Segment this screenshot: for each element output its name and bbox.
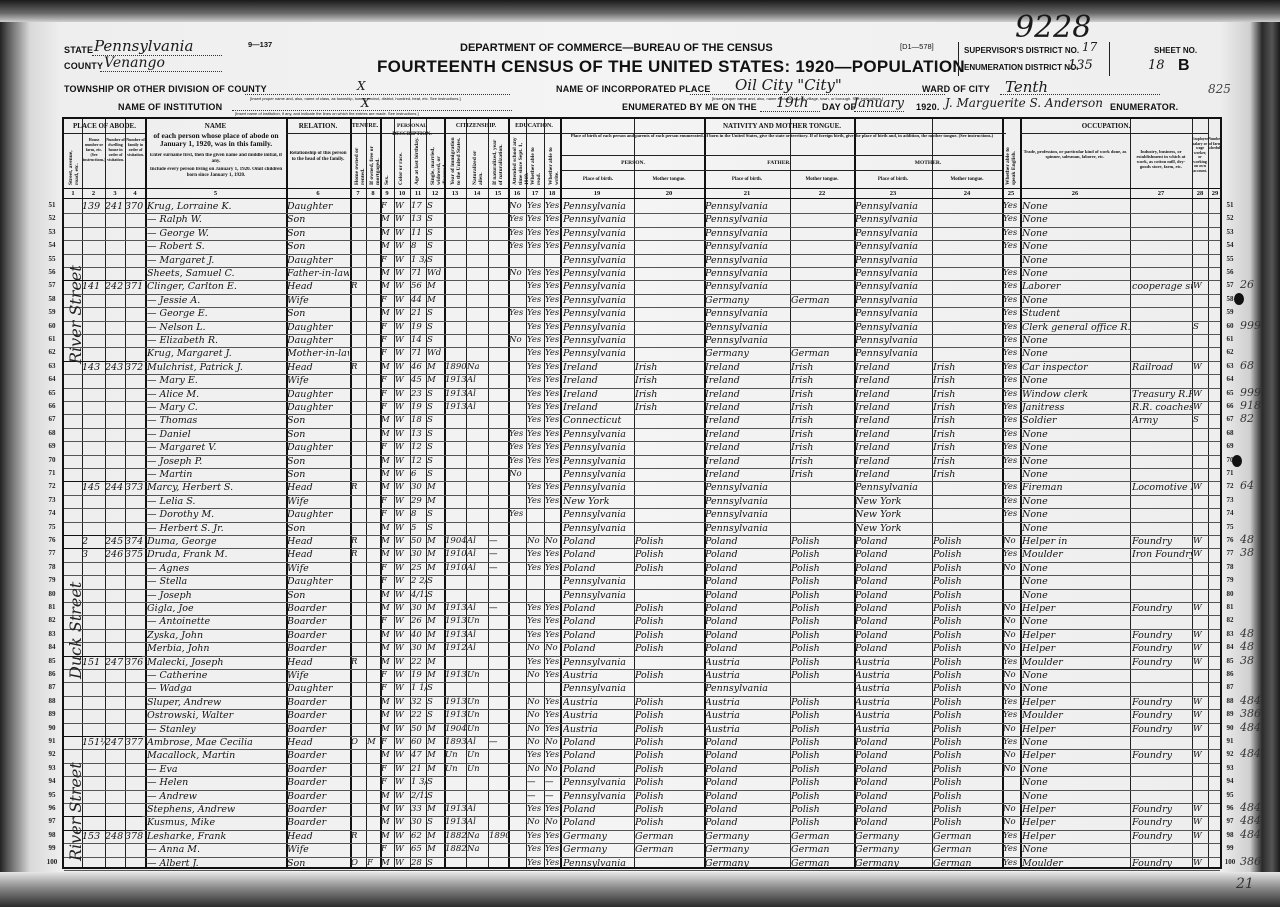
street-label-river-2: River Street xyxy=(66,762,85,861)
cell-age: 2 2/12 xyxy=(411,575,426,588)
header-name-sub1: of each person whose place of abode on J… xyxy=(148,132,284,148)
cell-relation: Boarder xyxy=(287,629,349,642)
cell-mbirth: Poland xyxy=(855,749,931,762)
column-number: 6 xyxy=(286,190,350,197)
cell-write: Yes xyxy=(545,696,560,709)
cell-school: Yes xyxy=(509,455,526,468)
cell-name: — Stanley xyxy=(147,723,285,736)
cell-birth: Poland xyxy=(563,763,633,776)
line-number-left: 79 xyxy=(44,576,60,584)
cell-relation: Head xyxy=(287,736,349,749)
header-person-birth: Place of birth. xyxy=(562,176,634,184)
cell-family: 377 xyxy=(125,736,145,749)
cell-mtongue: Polish xyxy=(933,589,1001,602)
cell-marital: M xyxy=(427,374,444,387)
cell-fbirth: Pennsylvania xyxy=(705,495,789,508)
cell-fbirth: Poland xyxy=(705,602,789,615)
cell-read: Yes xyxy=(527,374,544,387)
cell-birth: Austria xyxy=(563,696,633,709)
day-of-label: DAY OF xyxy=(822,102,856,112)
cell-age: 30 xyxy=(411,481,426,494)
cell-trade: Helper xyxy=(1022,642,1130,655)
line-number-right: 78 xyxy=(1222,563,1238,571)
cell-sex: F xyxy=(381,575,394,588)
cell-tongue: Polish xyxy=(635,816,703,829)
cell-read: — xyxy=(527,790,544,803)
cell-relation: Head xyxy=(287,656,349,669)
cell-sex: M xyxy=(381,227,394,240)
header-trade: Trade, profession, or particular kind of… xyxy=(1022,149,1128,159)
cell-sex: F xyxy=(381,374,394,387)
cell-read: No xyxy=(527,763,544,776)
cell-fbirth: Poland xyxy=(705,589,789,602)
cell-age: 30 xyxy=(411,602,426,615)
cell-read: Yes xyxy=(527,830,544,843)
cell-birth: Pennsylvania xyxy=(563,347,633,360)
cell-birth: Ireland xyxy=(563,361,633,374)
line-number-right: 86 xyxy=(1222,670,1238,678)
cell-industry: Railroad xyxy=(1132,361,1192,374)
cell-nat: Un xyxy=(467,615,488,628)
cell-color: W xyxy=(395,388,410,401)
line-number-left: 58 xyxy=(44,295,60,303)
cell-fbirth: Pennsylvania xyxy=(705,240,789,253)
cell-name: — Lelia S. xyxy=(147,495,285,508)
cell-mbirth: Germany xyxy=(855,857,931,870)
cell-mbirth: Pennsylvania xyxy=(855,280,931,293)
cell-english: Yes xyxy=(1003,388,1020,401)
line-number-left: 77 xyxy=(44,549,60,557)
header-mother-tongue: Mother tongue. xyxy=(932,176,1002,184)
cell-nat: Al xyxy=(467,548,488,561)
cell-fbirth: Ireland xyxy=(705,428,789,441)
cell-name: Stephens, Andrew xyxy=(147,803,285,816)
cell-mtongue: Polish xyxy=(933,548,1001,561)
cell-relation: Boarder xyxy=(287,709,349,722)
cell-school: No xyxy=(509,468,526,481)
cell-mtongue: Polish xyxy=(933,723,1001,736)
cell-color: W xyxy=(395,803,410,816)
cell-tongue: Polish xyxy=(635,776,703,789)
cell-birth: Connecticut xyxy=(563,414,633,427)
cell-immig: 1910 xyxy=(445,548,466,561)
line-number-right: 88 xyxy=(1222,697,1238,705)
cell-age: 30 xyxy=(411,642,426,655)
cell-relation: Daughter xyxy=(287,441,349,454)
cell-relation: Head xyxy=(287,280,349,293)
incorporated-place-label: NAME OF INCORPORATED PLACE xyxy=(556,84,711,94)
cell-tongue: German xyxy=(635,843,703,856)
line-number-left: 87 xyxy=(44,683,60,691)
cell-fbirth: Poland xyxy=(705,642,789,655)
margin-annotation: 918 xyxy=(1240,399,1261,412)
column-number: 1 xyxy=(64,190,82,197)
cell-trade: None xyxy=(1022,347,1130,360)
cell-write: Yes xyxy=(545,481,560,494)
cell-immig: 1913 xyxy=(445,803,466,816)
cell-birth: Pennsylvania xyxy=(563,307,633,320)
cell-read: No xyxy=(527,669,544,682)
cell-family: 374 xyxy=(125,535,145,548)
cell-age: 8 xyxy=(411,240,426,253)
cell-ftongue: Polish xyxy=(791,562,853,575)
cell-relation: Daughter xyxy=(287,401,349,414)
cell-english: No xyxy=(1003,642,1020,655)
cell-ftongue: Polish xyxy=(791,709,853,722)
cell-tongue: Polish xyxy=(635,709,703,722)
cell-employer: S xyxy=(1193,414,1208,427)
cell-age: 26 xyxy=(411,615,426,628)
cell-relation: Head xyxy=(287,361,349,374)
cell-nat: Al xyxy=(467,535,488,548)
cell-sex: M xyxy=(381,522,394,535)
cell-english: Yes xyxy=(1003,709,1020,722)
line-number-left: 86 xyxy=(44,670,60,678)
line-number-right: 71 xyxy=(1222,469,1238,477)
cell-sex: F xyxy=(381,294,394,307)
line-number-right: 65 xyxy=(1222,389,1238,397)
cell-marital: Wd xyxy=(427,267,444,280)
cell-house: 3 xyxy=(82,548,105,561)
cell-fbirth: Poland xyxy=(705,749,789,762)
cell-birth: Poland xyxy=(563,615,633,628)
header-occupation: OCCUPATION. xyxy=(1020,122,1192,130)
line-number-left: 93 xyxy=(44,764,60,772)
cell-fbirth: Austria xyxy=(705,656,789,669)
cell-industry: Foundry xyxy=(1132,656,1192,669)
cell-fbirth: Ireland xyxy=(705,455,789,468)
cell-name: — Thomas xyxy=(147,414,285,427)
cell-mbirth: Poland xyxy=(855,629,931,642)
cell-sex: F xyxy=(381,508,394,521)
cell-color: W xyxy=(395,857,410,870)
cell-relation: Daughter xyxy=(287,575,349,588)
cell-color: W xyxy=(395,535,410,548)
cell-relation: Boarder xyxy=(287,749,349,762)
header-place-of-abode: PLACE OF ABODE. xyxy=(64,122,145,130)
cell-ftongue: German xyxy=(791,857,853,870)
cell-mtongue: German xyxy=(933,843,1001,856)
cell-name: — Agnes xyxy=(147,562,285,575)
line-number-right: 69 xyxy=(1222,442,1238,450)
cell-house: 153 xyxy=(82,830,105,843)
cell-read: Yes xyxy=(527,548,544,561)
cell-fbirth: Germany xyxy=(705,347,789,360)
cell-nat: Un xyxy=(467,749,488,762)
cell-read: Yes xyxy=(527,428,544,441)
cell-mbirth: Poland xyxy=(855,535,931,548)
cell-fbirth: Poland xyxy=(705,562,789,575)
cell-name: Ostrowski, Walter xyxy=(147,709,285,722)
cell-write: No xyxy=(545,642,560,655)
cell-relation: Son xyxy=(287,455,349,468)
cell-write: Yes xyxy=(545,401,560,414)
cell-trade: None xyxy=(1022,575,1130,588)
cell-immig: 1904 xyxy=(445,723,466,736)
cell-mtongue: Polish xyxy=(933,656,1001,669)
cell-mbirth: Pennsylvania xyxy=(855,307,931,320)
cell-fbirth: Poland xyxy=(705,790,789,803)
margin-annotation: 48 xyxy=(1240,627,1254,640)
cell-write: Yes xyxy=(545,200,560,213)
cell-ftongue: Irish xyxy=(791,441,853,454)
cell-employer: W xyxy=(1193,857,1208,870)
cell-birth: Ireland xyxy=(563,401,633,414)
margin-annotation: 999 xyxy=(1240,319,1261,332)
cell-ftongue: Polish xyxy=(791,696,853,709)
cell-mbirth: Germany xyxy=(855,843,931,856)
cell-read: Yes xyxy=(527,495,544,508)
cell-read: Yes xyxy=(527,213,544,226)
cell-ftongue: German xyxy=(791,843,853,856)
cell-write: Yes xyxy=(545,669,560,682)
cell-home: O xyxy=(351,857,365,870)
cell-name: Macallock, Martin xyxy=(147,749,285,762)
cell-marital: M xyxy=(427,294,444,307)
cell-nat: Al xyxy=(467,736,488,749)
cell-sex: F xyxy=(381,200,394,213)
cell-english: Yes xyxy=(1003,294,1020,307)
cell-mbirth: Pennsylvania xyxy=(855,213,931,226)
cell-trade: Moulder xyxy=(1022,656,1130,669)
cell-birth: Poland xyxy=(563,736,633,749)
cell-fbirth: Ireland xyxy=(705,388,789,401)
cell-trade: None xyxy=(1022,508,1130,521)
cell-color: W xyxy=(395,696,410,709)
year-label: 1920. xyxy=(916,102,940,112)
cell-relation: Daughter xyxy=(287,254,349,267)
cell-marital: M xyxy=(427,361,444,374)
cell-read: Yes xyxy=(527,321,544,334)
sheet-value: 18 xyxy=(1148,58,1165,73)
cell-age: 6 xyxy=(411,468,426,481)
cell-relation: Wife xyxy=(287,562,349,575)
column-number: 22 xyxy=(790,190,854,197)
cell-school: No xyxy=(509,334,526,347)
cell-name: — Helen xyxy=(147,776,285,789)
header-tenure: TENURE. xyxy=(350,122,380,130)
line-number-right: 89 xyxy=(1222,710,1238,718)
cell-tongue: Polish xyxy=(635,749,703,762)
cell-mbirth: Poland xyxy=(855,642,931,655)
cell-natyr: — xyxy=(489,736,508,749)
cell-mbirth: Poland xyxy=(855,790,931,803)
cell-mbirth: Ireland xyxy=(855,388,931,401)
cell-english: No xyxy=(1003,535,1020,548)
cell-age: 4/12 xyxy=(411,589,426,602)
cell-write: Yes xyxy=(545,749,560,762)
cell-mtongue: Irish xyxy=(933,401,1001,414)
cell-sex: F xyxy=(381,495,394,508)
cell-ftongue: Polish xyxy=(791,763,853,776)
cell-relation: Boarder xyxy=(287,602,349,615)
cell-name: Krug, Lorraine K. xyxy=(147,200,285,213)
cell-english: Yes xyxy=(1003,374,1020,387)
cell-color: W xyxy=(395,414,410,427)
cell-industry: Foundry xyxy=(1132,602,1192,615)
cell-home: R xyxy=(351,361,365,374)
cell-fbirth: Ireland xyxy=(705,361,789,374)
cell-nat: Un xyxy=(467,696,488,709)
cell-employer: W xyxy=(1193,816,1208,829)
cell-write: Yes xyxy=(545,656,560,669)
cell-trade: None xyxy=(1022,200,1130,213)
supervisor-label: SUPERVISOR'S DISTRICT NO. xyxy=(964,46,1079,55)
cell-sex: M xyxy=(381,213,394,226)
cell-fbirth: Poland xyxy=(705,763,789,776)
margin-annotation: 484 xyxy=(1240,747,1261,760)
cell-relation: Daughter xyxy=(287,508,349,521)
cell-color: W xyxy=(395,816,410,829)
header-name: NAME xyxy=(145,122,286,130)
header-col12: Single, married, widowed, or divorced. xyxy=(430,137,448,185)
cell-fbirth: Ireland xyxy=(705,414,789,427)
cell-fbirth: Poland xyxy=(705,629,789,642)
cell-marital: S xyxy=(427,709,444,722)
cell-trade: None xyxy=(1022,736,1130,749)
cell-fbirth: Poland xyxy=(705,575,789,588)
cell-fbirth: Pennsylvania xyxy=(705,508,789,521)
cell-name: — George E. xyxy=(147,307,285,320)
cell-mtongue: Polish xyxy=(933,709,1001,722)
cell-color: W xyxy=(395,709,410,722)
cell-mbirth: Pennsylvania xyxy=(855,240,931,253)
cell-write: No xyxy=(545,763,560,776)
line-number-left: 90 xyxy=(44,724,60,732)
cell-relation: Son xyxy=(287,428,349,441)
cell-mbirth: Poland xyxy=(855,562,931,575)
cell-color: W xyxy=(395,240,410,253)
cell-sex: F xyxy=(381,321,394,334)
cell-relation: Boarder xyxy=(287,723,349,736)
cell-name: — Wadga xyxy=(147,682,285,695)
cell-english: No xyxy=(1003,682,1020,695)
cell-marital: S xyxy=(427,468,444,481)
cell-natyr: — xyxy=(489,562,508,575)
cell-school: Yes xyxy=(509,441,526,454)
cell-trade: None xyxy=(1022,374,1130,387)
cell-write: Yes xyxy=(545,562,560,575)
cell-ftongue: Polish xyxy=(791,548,853,561)
cell-ftongue: Polish xyxy=(791,615,853,628)
cell-natyr: — xyxy=(489,535,508,548)
cell-write: Yes xyxy=(545,548,560,561)
cell-write: Yes xyxy=(545,857,560,870)
cell-family: 375 xyxy=(125,548,145,561)
cell-fbirth: Poland xyxy=(705,803,789,816)
cell-employer: W xyxy=(1193,749,1208,762)
cell-write: No xyxy=(545,736,560,749)
cell-sex: M xyxy=(381,709,394,722)
cell-trade: None xyxy=(1022,669,1130,682)
cell-relation: Boarder xyxy=(287,642,349,655)
cell-birth: Pennsylvania xyxy=(563,200,633,213)
cell-fbirth: Pennsylvania xyxy=(705,254,789,267)
line-number-right: 79 xyxy=(1222,576,1238,584)
cell-mtongue: Irish xyxy=(933,388,1001,401)
cell-relation: Wife xyxy=(287,374,349,387)
header-employer: Employer, salary or wage worker, or work… xyxy=(1192,137,1208,173)
cell-marital: S xyxy=(427,575,444,588)
cell-write: No xyxy=(545,535,560,548)
cell-color: W xyxy=(395,227,410,240)
cell-relation: Head xyxy=(287,481,349,494)
state-value: Pennsylvania xyxy=(94,37,193,55)
header-col9: Sex. xyxy=(384,137,390,185)
cell-mbirth: New York xyxy=(855,495,931,508)
cell-read: Yes xyxy=(527,280,544,293)
cell-ftongue: Irish xyxy=(791,414,853,427)
cell-marital: M xyxy=(427,495,444,508)
cell-english: No xyxy=(1003,803,1020,816)
cell-mtongue: Polish xyxy=(933,790,1001,803)
cell-house: 151½ xyxy=(82,736,105,749)
cell-marital: S xyxy=(427,213,444,226)
cell-age: 44 xyxy=(411,294,426,307)
cell-ftongue: Irish xyxy=(791,388,853,401)
cell-birth: Pennsylvania xyxy=(563,240,633,253)
cell-marital: S xyxy=(427,776,444,789)
cell-ftongue: Polish xyxy=(791,642,853,655)
cell-home: R xyxy=(351,656,365,669)
cell-mbirth: Poland xyxy=(855,602,931,615)
line-number-right: 61 xyxy=(1222,335,1238,343)
cell-read: Yes xyxy=(527,857,544,870)
cell-marital: M xyxy=(427,736,444,749)
header-father-tongue: Mother tongue. xyxy=(790,176,854,184)
cell-color: W xyxy=(395,723,410,736)
cell-name: Lesharke, Frank xyxy=(147,830,285,843)
line-number-right: 74 xyxy=(1222,509,1238,517)
cell-color: W xyxy=(395,213,410,226)
cell-immig: 1904 xyxy=(445,535,466,548)
column-number: 8 xyxy=(366,190,380,197)
cell-birth: Pennsylvania xyxy=(563,227,633,240)
cell-mbirth: Germany xyxy=(855,830,931,843)
cell-sex: M xyxy=(381,830,394,843)
cell-immig: Un xyxy=(445,763,466,776)
cell-relation: Father-in-law xyxy=(287,267,349,280)
line-number-left: 53 xyxy=(44,228,60,236)
cell-ftongue: Irish xyxy=(791,361,853,374)
cell-english: Yes xyxy=(1003,455,1020,468)
line-number-left: 95 xyxy=(44,791,60,799)
cell-fbirth: Austria xyxy=(705,696,789,709)
cell-birth: Pennsylvania xyxy=(563,441,633,454)
cell-mtongue: Irish xyxy=(933,468,1001,481)
cell-ftongue: Polish xyxy=(791,776,853,789)
cell-read: Yes xyxy=(527,200,544,213)
cell-age: 18 xyxy=(411,414,426,427)
cell-english: No xyxy=(1003,669,1020,682)
cell-age: 29 xyxy=(411,495,426,508)
cell-trade: None xyxy=(1022,589,1130,602)
cell-name: — Catherine xyxy=(147,669,285,682)
line-number-right: 62 xyxy=(1222,348,1238,356)
cell-mtongue: Polish xyxy=(933,803,1001,816)
cell-name: — Alice M. xyxy=(147,388,285,401)
cell-color: W xyxy=(395,615,410,628)
margin-annotation: 484 xyxy=(1240,801,1261,814)
line-number-right: 75 xyxy=(1222,523,1238,531)
cell-industry: Foundry xyxy=(1132,709,1192,722)
family-divider xyxy=(64,481,142,482)
line-number-right: 85 xyxy=(1222,657,1238,665)
cell-birth: Pennsylvania xyxy=(563,589,633,602)
cell-mbirth: Ireland xyxy=(855,455,931,468)
cell-ftongue: Polish xyxy=(791,575,853,588)
cell-trade: None xyxy=(1022,615,1130,628)
